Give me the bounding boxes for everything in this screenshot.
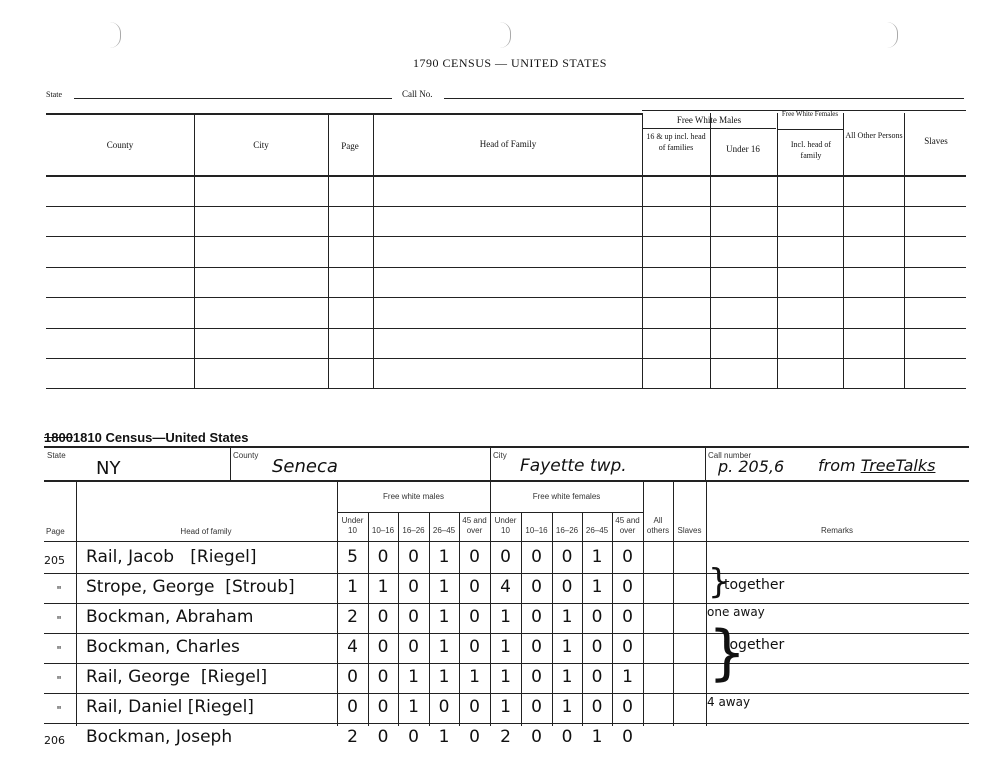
count-cell[interactable]: 0 (464, 697, 486, 717)
count-cell[interactable]: 0 (495, 547, 517, 567)
count-cell[interactable]: 2 (342, 607, 364, 627)
count-cell[interactable]: 0 (556, 727, 578, 747)
col-females-incl-head: Incl. head of family (780, 139, 842, 161)
divider (230, 448, 231, 480)
col-page: Page (328, 141, 372, 151)
form-1790-title: 1790 CENSUS — UNITED STATES (300, 56, 720, 71)
page-number: 206 (44, 734, 74, 747)
remark-text[interactable]: one away (707, 605, 765, 619)
count-cell[interactable]: 4 (495, 577, 517, 597)
count-cell[interactable]: 1 (586, 577, 608, 597)
blank-entry-row[interactable] (46, 329, 966, 358)
punch-hole-center (500, 22, 511, 48)
col-all-other-persons: All Other Persons (845, 129, 903, 143)
count-cell[interactable]: 0 (372, 637, 394, 657)
age-header-age-45-over: 45 and over (612, 516, 643, 536)
count-cell[interactable]: 1 (433, 607, 455, 627)
struck-year: 1800 (44, 430, 73, 445)
count-cell[interactable]: 0 (526, 577, 548, 597)
count-cell[interactable]: 1 (433, 727, 455, 747)
page-number: " (44, 644, 74, 657)
head-of-family-name[interactable]: Bockman, Abraham (86, 607, 253, 627)
city-label: City (493, 451, 507, 460)
count-cell[interactable]: 0 (617, 547, 639, 567)
count-cell[interactable]: 0 (342, 667, 364, 687)
source-name: TreeTalks (861, 456, 936, 475)
count-cell[interactable]: 0 (403, 637, 425, 657)
call-no-label-1790: Call No. (402, 89, 433, 99)
col-page-1810: Page (46, 527, 65, 536)
brace-icon: } (708, 623, 746, 683)
table-top-rule (46, 113, 642, 115)
count-cell[interactable]: 1 (403, 697, 425, 717)
count-cell[interactable]: 0 (372, 667, 394, 687)
source-note: from TreeTalks (818, 456, 935, 475)
call-no-field-1790[interactable] (444, 98, 964, 99)
count-cell[interactable]: 0 (372, 547, 394, 567)
age-header-age-26-45: 26–45 (582, 526, 612, 536)
head-of-family-name[interactable]: Rail, Jacob [Riegel] (86, 547, 257, 567)
age-header-age-26-45: 26–45 (429, 526, 459, 536)
count-cell[interactable]: 1 (464, 667, 486, 687)
age-header-age-16-26: 16–26 (398, 526, 429, 536)
count-cell[interactable]: 0 (464, 547, 486, 567)
count-cell[interactable]: 2 (342, 727, 364, 747)
remark-text[interactable]: together (724, 577, 784, 593)
count-cell[interactable]: 1 (586, 727, 608, 747)
age-header-age-45-over: 45 and over (459, 516, 490, 536)
count-cell[interactable]: 0 (617, 637, 639, 657)
blank-entry-row[interactable] (46, 359, 966, 388)
col-free-white-females: Free White Females (777, 110, 843, 118)
age-subheader-rule (337, 512, 643, 513)
punch-hole-left (110, 22, 121, 48)
count-cell[interactable]: 0 (617, 607, 639, 627)
col-males-16-up: 16 & up incl. head of families (644, 131, 708, 153)
page-number: " (44, 674, 74, 687)
page-number: " (44, 614, 74, 627)
count-cell[interactable]: 1 (556, 697, 578, 717)
head-of-family-name[interactable]: Rail, Daniel [Riegel] (86, 697, 254, 717)
count-cell[interactable]: 0 (586, 697, 608, 717)
count-cell[interactable]: 0 (526, 667, 548, 687)
count-cell[interactable]: 0 (403, 577, 425, 597)
count-cell[interactable]: 5 (342, 547, 364, 567)
count-cell[interactable]: 1 (403, 667, 425, 687)
count-cell[interactable]: 0 (433, 697, 455, 717)
divider (705, 448, 706, 480)
count-cell[interactable]: 0 (526, 697, 548, 717)
head-of-family-name[interactable]: Strope, George [Stroub] (86, 577, 295, 597)
col-free-white-males-1810: Free white males (337, 492, 490, 501)
count-cell[interactable]: 1 (495, 607, 517, 627)
count-cell[interactable]: 0 (342, 697, 364, 717)
divider (490, 448, 491, 480)
count-cell[interactable]: 0 (372, 727, 394, 747)
count-cell[interactable]: 0 (464, 577, 486, 597)
count-cell[interactable]: 0 (464, 727, 486, 747)
count-cell[interactable]: 0 (586, 607, 608, 627)
count-cell[interactable]: 1 (556, 637, 578, 657)
count-cell[interactable]: 0 (617, 727, 639, 747)
blank-entry-row[interactable] (46, 268, 966, 297)
col-slaves: Slaves (905, 136, 967, 146)
count-cell[interactable]: 0 (372, 697, 394, 717)
count-cell[interactable]: 1 (433, 577, 455, 597)
males-subheader-rule (642, 128, 776, 129)
blank-entry-row[interactable] (46, 298, 966, 328)
page-number: " (44, 704, 74, 717)
form-1810-title: 18001810 Census—United States (44, 430, 249, 445)
punch-hole-right (887, 22, 898, 48)
count-cell[interactable]: 1 (342, 577, 364, 597)
grid-row-line (46, 388, 966, 389)
count-cell[interactable]: 1 (495, 697, 517, 717)
count-cell[interactable]: 1 (433, 547, 455, 567)
count-cell[interactable]: 1 (495, 637, 517, 657)
header-bottom-rule (44, 541, 969, 542)
age-header-age-16-26: 16–26 (552, 526, 582, 536)
count-cell[interactable]: 0 (403, 727, 425, 747)
count-cell[interactable]: 0 (556, 547, 578, 567)
count-cell[interactable]: 1 (586, 547, 608, 567)
count-cell[interactable]: 0 (526, 727, 548, 747)
count-cell[interactable]: 0 (526, 607, 548, 627)
header-rule (44, 480, 969, 482)
count-cell[interactable]: 1 (556, 607, 578, 627)
blank-entry-row[interactable] (46, 207, 966, 236)
col-county: County (46, 140, 194, 150)
females-subheader-rule (777, 129, 843, 130)
count-cell[interactable]: 0 (617, 577, 639, 597)
remark-text[interactable]: 4 away (707, 695, 750, 709)
count-cell[interactable]: 0 (526, 547, 548, 567)
count-cell[interactable]: 0 (586, 637, 608, 657)
blank-entry-row[interactable] (46, 176, 966, 206)
age-header-age-under-10: Under 10 (490, 516, 521, 536)
blank-entry-row[interactable] (46, 237, 966, 267)
age-header-age-10-16: 10–16 (521, 526, 552, 536)
source-prefix: from (818, 456, 856, 475)
col-slaves-1810: Slaves (673, 526, 706, 535)
count-cell[interactable]: 2 (495, 727, 517, 747)
page-number: " (44, 584, 74, 597)
state-field-1790[interactable] (74, 98, 392, 99)
form-1810-title-text: 1810 Census—United States (73, 430, 249, 445)
count-cell[interactable]: 0 (556, 577, 578, 597)
table-top-rule (642, 110, 966, 111)
col-males-under-16: Under 16 (710, 144, 776, 154)
count-cell[interactable]: 1 (617, 667, 639, 687)
count-cell[interactable]: 1 (433, 667, 455, 687)
city-value[interactable]: Fayette twp. (520, 456, 627, 476)
age-header-age-10-16: 10–16 (368, 526, 398, 536)
col-all-others: All others (643, 516, 673, 536)
count-cell[interactable]: 0 (586, 667, 608, 687)
col-remarks: Remarks (706, 526, 968, 535)
count-cell[interactable]: 0 (617, 697, 639, 717)
count-cell[interactable]: 0 (403, 607, 425, 627)
remark-text[interactable]: together (724, 637, 784, 653)
head-of-family-name[interactable]: Bockman, Charles (86, 637, 240, 657)
count-cell[interactable]: 1 (433, 637, 455, 657)
state-value[interactable]: NY (96, 458, 120, 479)
count-cell[interactable]: 0 (372, 607, 394, 627)
head-of-family-name[interactable]: Bockman, Joseph (86, 727, 232, 747)
county-label: County (233, 451, 258, 460)
count-cell[interactable]: 4 (342, 637, 364, 657)
state-label-1790: State (46, 90, 62, 99)
count-cell[interactable]: 0 (464, 637, 486, 657)
count-cell[interactable]: 0 (526, 637, 548, 657)
count-cell[interactable]: 0 (464, 607, 486, 627)
col-city: City (194, 140, 328, 150)
age-header-age-under-10: Under 10 (337, 516, 368, 536)
page-number: 205 (44, 554, 74, 567)
count-cell[interactable]: 1 (495, 667, 517, 687)
col-head-of-family: Head of Family (374, 139, 642, 149)
col-free-white-males: Free White Males (642, 115, 776, 125)
state-label: State (47, 451, 66, 460)
count-cell[interactable]: 1 (372, 577, 394, 597)
title-rule (44, 446, 969, 448)
col-head-of-family-1810: Head of family (76, 527, 336, 536)
count-cell[interactable]: 0 (403, 547, 425, 567)
count-cell[interactable]: 1 (556, 667, 578, 687)
head-of-family-name[interactable]: Rail, George [Riegel] (86, 667, 267, 687)
county-value[interactable]: Seneca (272, 456, 338, 477)
call-number-value[interactable]: p. 205,6 (718, 457, 784, 476)
col-free-white-females-1810: Free white females (490, 492, 643, 501)
